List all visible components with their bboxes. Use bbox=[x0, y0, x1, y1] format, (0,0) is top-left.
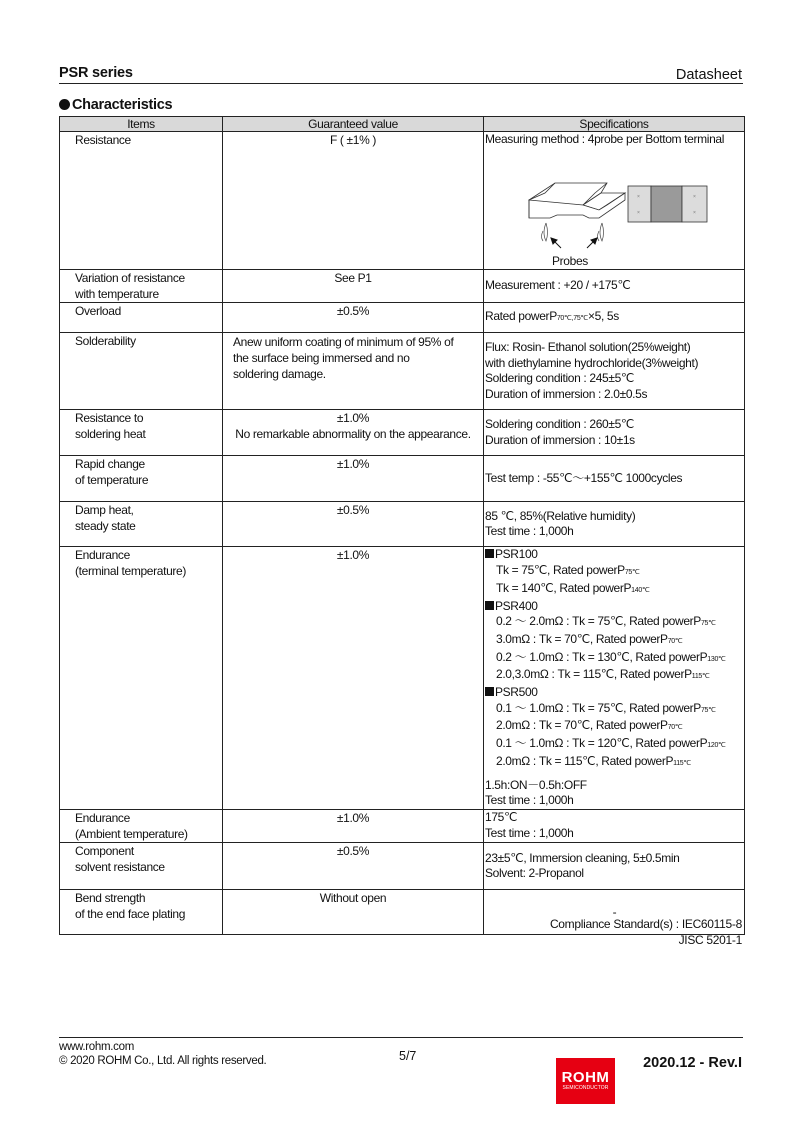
subscript: 115℃ bbox=[692, 673, 710, 680]
item-cell: Endurance(terminal temperature) bbox=[60, 547, 223, 810]
spec-text: Test time : 1,000h bbox=[485, 826, 744, 842]
item-text: (terminal temperature) bbox=[75, 564, 222, 580]
item-cell: Variation of resistancewith temperature bbox=[60, 270, 223, 303]
svg-text:×: × bbox=[693, 210, 696, 216]
specification-cell: 175℃Test time : 1,000h bbox=[484, 809, 745, 842]
item-cell: Overload bbox=[60, 303, 223, 333]
guaranteed-text: F ( ±1% ) bbox=[223, 133, 483, 149]
table-row: Componentsolvent resistance±0.5%23±5℃, I… bbox=[60, 843, 745, 890]
guaranteed-value-cell: See P1 bbox=[223, 270, 484, 303]
spec-text: Rated powerP70℃,75℃×5, 5s bbox=[485, 309, 744, 327]
item-cell: Rapid changeof temperature bbox=[60, 456, 223, 502]
table-row: Overload±0.5%Rated powerP70℃,75℃×5, 5s bbox=[60, 303, 745, 333]
specification-cell: 23±5℃, Immersion cleaning, 5±0.5minSolve… bbox=[484, 843, 745, 890]
spec-text: 23±5℃, Immersion cleaning, 5±0.5min bbox=[485, 851, 744, 867]
subscript: 115℃ bbox=[673, 760, 691, 767]
revision: 2020.12 - Rev.I bbox=[643, 1055, 742, 1071]
footer-left: www.rohm.com © 2020 ROHM Co., Ltd. All r… bbox=[59, 1040, 266, 1068]
table-header-row: Items Guaranteed value Specifications bbox=[60, 117, 745, 132]
specification-cell: Rated powerP70℃,75℃×5, 5s bbox=[484, 303, 745, 333]
specification-cell: 85 ℃, 85%(Relative humidity)Test time : … bbox=[484, 502, 745, 547]
specification-cell: Soldering condition : 260±5℃Duration of … bbox=[484, 410, 745, 456]
endurance-line: 0.2 ～ 1.0mΩ : Tk = 130℃, Rated powerP130… bbox=[485, 650, 744, 668]
spec-text: Solvent: 2-Propanol bbox=[485, 866, 744, 882]
item-cell: Endurance(Ambient temperature) bbox=[60, 809, 223, 842]
guaranteed-text: No remarkable abnormality on the appeara… bbox=[223, 427, 483, 443]
characteristics-table: Items Guaranteed value Specifications Re… bbox=[59, 116, 745, 935]
document-type: Datasheet bbox=[676, 67, 742, 83]
endurance-line: 2.0mΩ : Tk = 70℃, Rated powerP70℃ bbox=[485, 718, 744, 736]
spec-text: Flux: Rosin- Ethanol solution(25%weight) bbox=[485, 340, 744, 356]
item-cell: Bend strengthof the end face plating bbox=[60, 890, 223, 935]
item-text: (Ambient temperature) bbox=[75, 827, 222, 843]
guaranteed-text: ±1.0% bbox=[223, 457, 483, 473]
logo-subtext: SEMICONDUCTOR bbox=[556, 1085, 615, 1091]
item-cell: Resistance bbox=[60, 132, 223, 270]
spec-text: Duration of immersion : 10±1s bbox=[485, 433, 744, 449]
spec-text: Test time : 1,000h bbox=[485, 793, 744, 809]
spec-text: Duration of immersion : 2.0±0.5s bbox=[485, 387, 744, 403]
spec-text: with diethylamine hydrochloride(3%weight… bbox=[485, 356, 744, 372]
resistor-probe-diagram-icon: ×× ×× bbox=[485, 148, 744, 266]
endurance-line: 0.1 ～ 1.0mΩ : Tk = 120℃, Rated powerP120… bbox=[485, 736, 744, 754]
table-row: Resistance tosoldering heat±1.0%No remar… bbox=[60, 410, 745, 456]
guaranteed-value-cell: ±1.0% bbox=[223, 456, 484, 502]
spec-text: Measuring method : 4probe per Bottom ter… bbox=[485, 132, 744, 148]
spec-text: Measurement : +20 / +175℃ bbox=[485, 278, 744, 294]
item-cell: Componentsolvent resistance bbox=[60, 843, 223, 890]
item-text: Endurance bbox=[75, 811, 222, 827]
subscript: 120℃ bbox=[707, 742, 725, 749]
table-row: Endurance(Ambient temperature)±1.0%175℃T… bbox=[60, 809, 745, 842]
endurance-line: Tk = 75℃, Rated powerP75℃ bbox=[485, 563, 744, 581]
item-text: Damp heat, bbox=[75, 503, 222, 519]
guaranteed-text: Anew uniform coating of minimum of 95% o… bbox=[233, 335, 483, 351]
guaranteed-value-cell: Anew uniform coating of minimum of 95% o… bbox=[223, 333, 484, 410]
item-text: of the end face plating bbox=[75, 907, 222, 923]
item-cell: Solderability bbox=[60, 333, 223, 410]
subscript: 130℃ bbox=[707, 656, 725, 663]
header-divider bbox=[59, 83, 743, 84]
section-heading: Characteristics bbox=[59, 97, 172, 113]
spec-text: Test time : 1,000h bbox=[485, 524, 744, 540]
guaranteed-text: Without open bbox=[223, 891, 483, 907]
item-cell: Damp heat,steady state bbox=[60, 502, 223, 547]
endurance-line: 0.1 ～ 1.0mΩ : Tk = 75℃, Rated powerP75℃ bbox=[485, 701, 744, 719]
item-text: Variation of resistance bbox=[75, 271, 222, 287]
measurement-diagram: ×× ×× Probes bbox=[485, 148, 744, 266]
spec-text: Soldering condition : 245±5℃ bbox=[485, 371, 744, 387]
compliance-line: Compliance Standard(s) : IEC60115-8 bbox=[550, 916, 742, 932]
guaranteed-text: ±0.5% bbox=[223, 304, 483, 320]
item-text: with temperature bbox=[75, 287, 222, 303]
table-row: ResistanceF ( ±1% )Measuring method : 4p… bbox=[60, 132, 745, 270]
spec-text: Soldering condition : 260±5℃ bbox=[485, 417, 744, 433]
endurance-line: 2.0,3.0mΩ : Tk = 115℃, Rated powerP115℃ bbox=[485, 667, 744, 685]
table-row: Rapid changeof temperature±1.0%Test temp… bbox=[60, 456, 745, 502]
guaranteed-value-cell: ±0.5% bbox=[223, 502, 484, 547]
guaranteed-value-cell: F ( ±1% ) bbox=[223, 132, 484, 270]
guaranteed-text: ±1.0% bbox=[223, 548, 483, 564]
guaranteed-value-cell: ±1.0% bbox=[223, 809, 484, 842]
specification-cell: Measuring method : 4probe per Bottom ter… bbox=[484, 132, 745, 270]
rohm-logo: ROHM SEMICONDUCTOR bbox=[556, 1058, 615, 1104]
item-text: Component bbox=[75, 844, 222, 860]
svg-text:×: × bbox=[637, 194, 640, 200]
item-text: steady state bbox=[75, 519, 222, 535]
probes-label: Probes bbox=[552, 254, 588, 270]
item-text: Resistance bbox=[75, 133, 222, 149]
endurance-line: Tk = 140℃, Rated powerP140℃ bbox=[485, 581, 744, 599]
subscript: 70℃ bbox=[668, 724, 683, 731]
model-heading: PSR100 bbox=[485, 547, 744, 563]
copyright: © 2020 ROHM Co., Ltd. All rights reserve… bbox=[59, 1054, 266, 1068]
specification-cell: PSR100Tk = 75℃, Rated powerP75℃Tk = 140℃… bbox=[484, 547, 745, 810]
column-header-guaranteed: Guaranteed value bbox=[223, 117, 484, 132]
item-text: soldering heat bbox=[75, 427, 222, 443]
spec-text: 1.5h:ON－0.5h:OFF bbox=[485, 778, 744, 794]
column-header-specifications: Specifications bbox=[484, 117, 745, 132]
guaranteed-text: See P1 bbox=[223, 271, 483, 287]
model-heading: PSR400 bbox=[485, 599, 744, 615]
endurance-line: 0.2 ～ 2.0mΩ : Tk = 75℃, Rated powerP75℃ bbox=[485, 614, 744, 632]
endurance-line: 3.0mΩ : Tk = 70℃, Rated powerP70℃ bbox=[485, 632, 744, 650]
guaranteed-text: ±0.5% bbox=[223, 844, 483, 860]
item-text: Rapid change bbox=[75, 457, 222, 473]
item-cell: Resistance tosoldering heat bbox=[60, 410, 223, 456]
item-text: of temperature bbox=[75, 473, 222, 489]
guaranteed-text: ±1.0% bbox=[223, 411, 483, 427]
item-text: Endurance bbox=[75, 548, 222, 564]
compliance-line: JISC 5201-1 bbox=[550, 932, 742, 948]
square-bullet-icon bbox=[485, 687, 494, 696]
svg-text:×: × bbox=[637, 210, 640, 216]
guaranteed-text: ±1.0% bbox=[223, 811, 483, 827]
endurance-line: 2.0mΩ : Tk = 115℃, Rated powerP115℃ bbox=[485, 754, 744, 772]
specification-cell: Test temp : -55℃～+155℃ 1000cycles bbox=[484, 456, 745, 502]
page-number: 5/7 bbox=[399, 1049, 416, 1063]
subscript: 75℃ bbox=[701, 707, 716, 714]
section-title: Characteristics bbox=[72, 97, 172, 113]
bullet-icon bbox=[59, 99, 70, 110]
table-row: SolderabilityAnew uniform coating of min… bbox=[60, 333, 745, 410]
guaranteed-value-cell: Without open bbox=[223, 890, 484, 935]
item-text: solvent resistance bbox=[75, 860, 222, 876]
spec-text: Test temp : -55℃～+155℃ 1000cycles bbox=[485, 471, 744, 487]
footer-divider bbox=[59, 1037, 743, 1038]
spec-text: 175℃ bbox=[485, 810, 744, 826]
guaranteed-value-cell: ±0.5% bbox=[223, 843, 484, 890]
item-text: Solderability bbox=[75, 334, 222, 350]
guaranteed-text: soldering damage. bbox=[233, 367, 483, 383]
guaranteed-value-cell: ±1.0% bbox=[223, 547, 484, 810]
guaranteed-value-cell: ±1.0%No remarkable abnormality on the ap… bbox=[223, 410, 484, 456]
item-text: Bend strength bbox=[75, 891, 222, 907]
square-bullet-icon bbox=[485, 601, 494, 610]
subscript: 70℃,75℃ bbox=[557, 315, 588, 322]
svg-text:×: × bbox=[693, 194, 696, 200]
specification-cell: Measurement : +20 / +175℃ bbox=[484, 270, 745, 303]
subscript: 75℃ bbox=[701, 620, 716, 627]
subscript: 140℃ bbox=[631, 587, 649, 594]
compliance-standards: Compliance Standard(s) : IEC60115-8 JISC… bbox=[550, 916, 742, 948]
square-bullet-icon bbox=[485, 549, 494, 558]
table-row: Variation of resistancewith temperatureS… bbox=[60, 270, 745, 303]
website-link[interactable]: www.rohm.com bbox=[59, 1040, 266, 1054]
table-row: Damp heat,steady state±0.5%85 ℃, 85%(Rel… bbox=[60, 502, 745, 547]
subscript: 75℃ bbox=[625, 569, 640, 576]
column-header-items: Items bbox=[60, 117, 223, 132]
guaranteed-text: the surface being immersed and no bbox=[233, 351, 483, 367]
item-text: Resistance to bbox=[75, 411, 222, 427]
spec-text: 85 ℃, 85%(Relative humidity) bbox=[485, 509, 744, 525]
series-title: PSR series bbox=[59, 65, 133, 81]
table-row: Endurance(terminal temperature)±1.0%PSR1… bbox=[60, 547, 745, 810]
guaranteed-text: ±0.5% bbox=[223, 503, 483, 519]
subscript: 70℃ bbox=[668, 638, 683, 645]
guaranteed-value-cell: ±0.5% bbox=[223, 303, 484, 333]
item-text: Overload bbox=[75, 304, 222, 320]
logo-text: ROHM bbox=[556, 1070, 615, 1085]
model-heading: PSR500 bbox=[485, 685, 744, 701]
specification-cell: Flux: Rosin- Ethanol solution(25%weight)… bbox=[484, 333, 745, 410]
